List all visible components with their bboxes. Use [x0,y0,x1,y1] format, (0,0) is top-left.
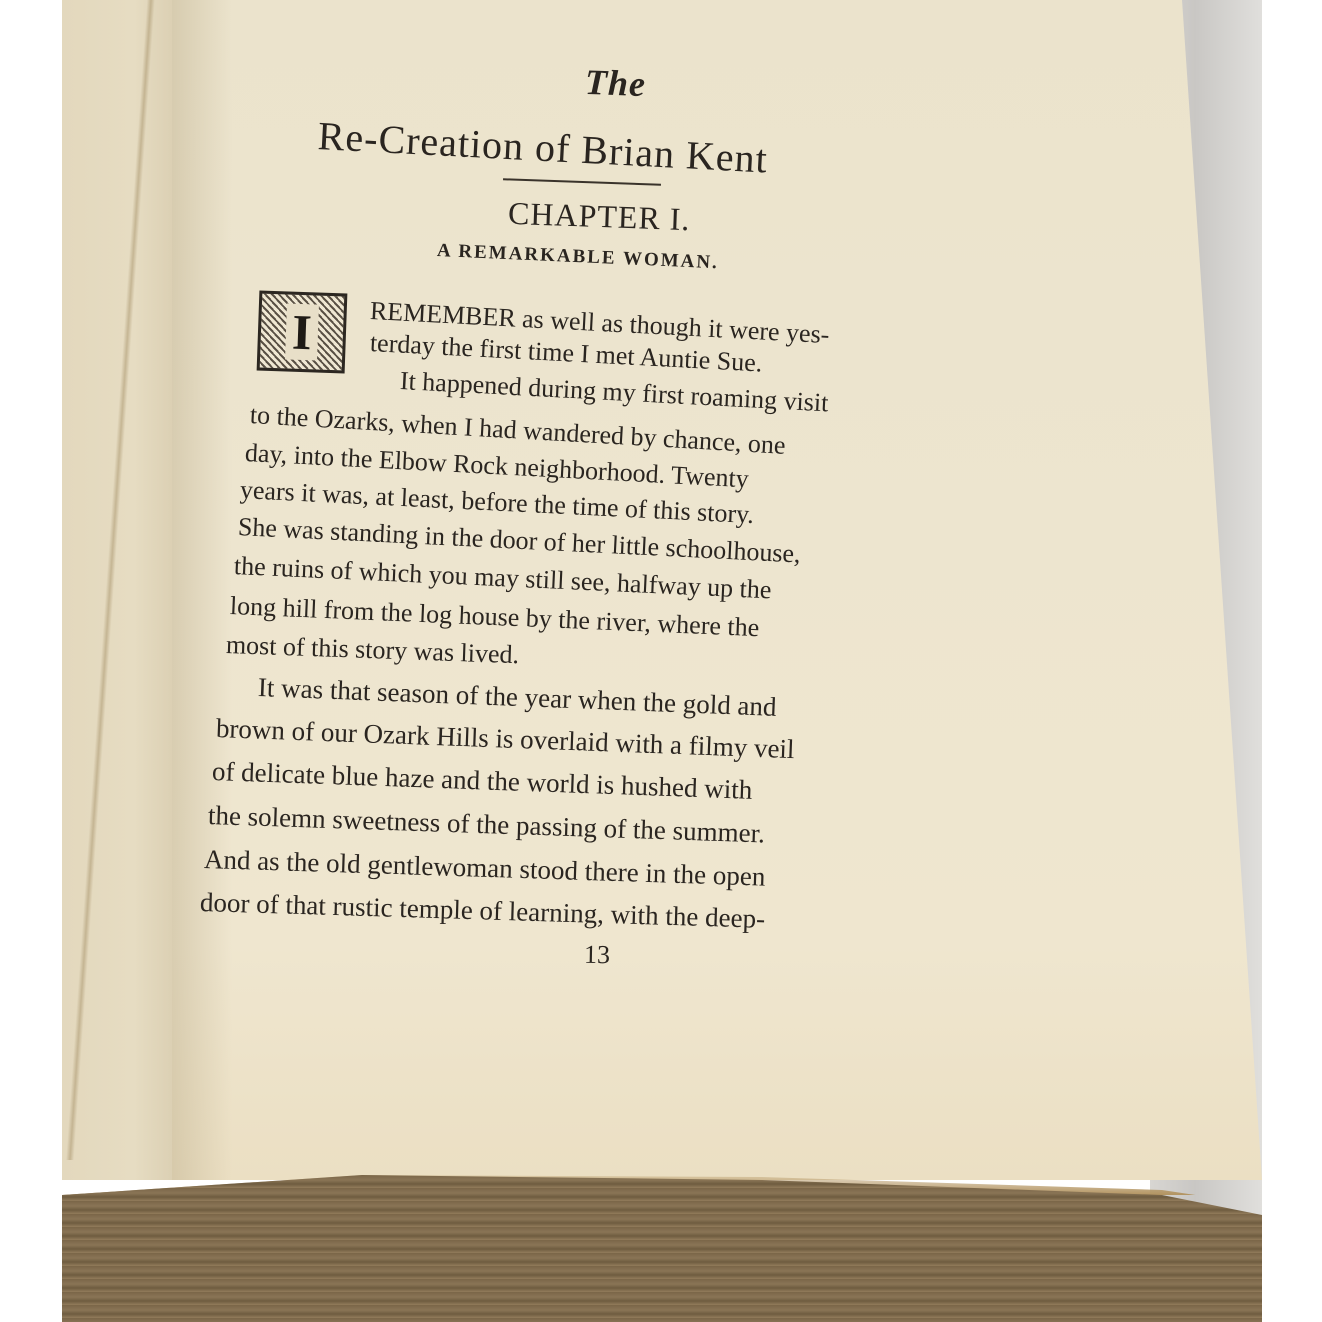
page-text: The Re-Creation of Brian Kent CHAPTER I.… [0,0,1322,1322]
title-divider [503,178,661,186]
drop-cap-letter: I [285,303,318,360]
text-line: It was that season of the year when the … [257,672,777,723]
text-line: most of this story was lived. [225,630,519,670]
title-prefix: The [584,61,646,105]
chapter-heading: CHAPTER I. [507,195,691,238]
text-line: And as the old gentlewoman stood there i… [204,844,766,893]
text-line: door of that rustic temple of learning, … [200,887,766,935]
book-title: Re-Creation of Brian Kent [317,112,769,183]
page-number: 13 [584,940,611,970]
text-line: the solemn sweetness of the passing of t… [207,800,765,849]
ornamental-drop-cap-icon: I [257,290,348,373]
text-line: It happened during my first roaming visi… [399,366,829,418]
text-line: of delicate blue haze and the world is h… [211,756,752,806]
chapter-title: A REMARKABLE WOMAN. [437,240,720,274]
text-line: brown of our Ozark Hills is overlaid wit… [215,713,795,765]
